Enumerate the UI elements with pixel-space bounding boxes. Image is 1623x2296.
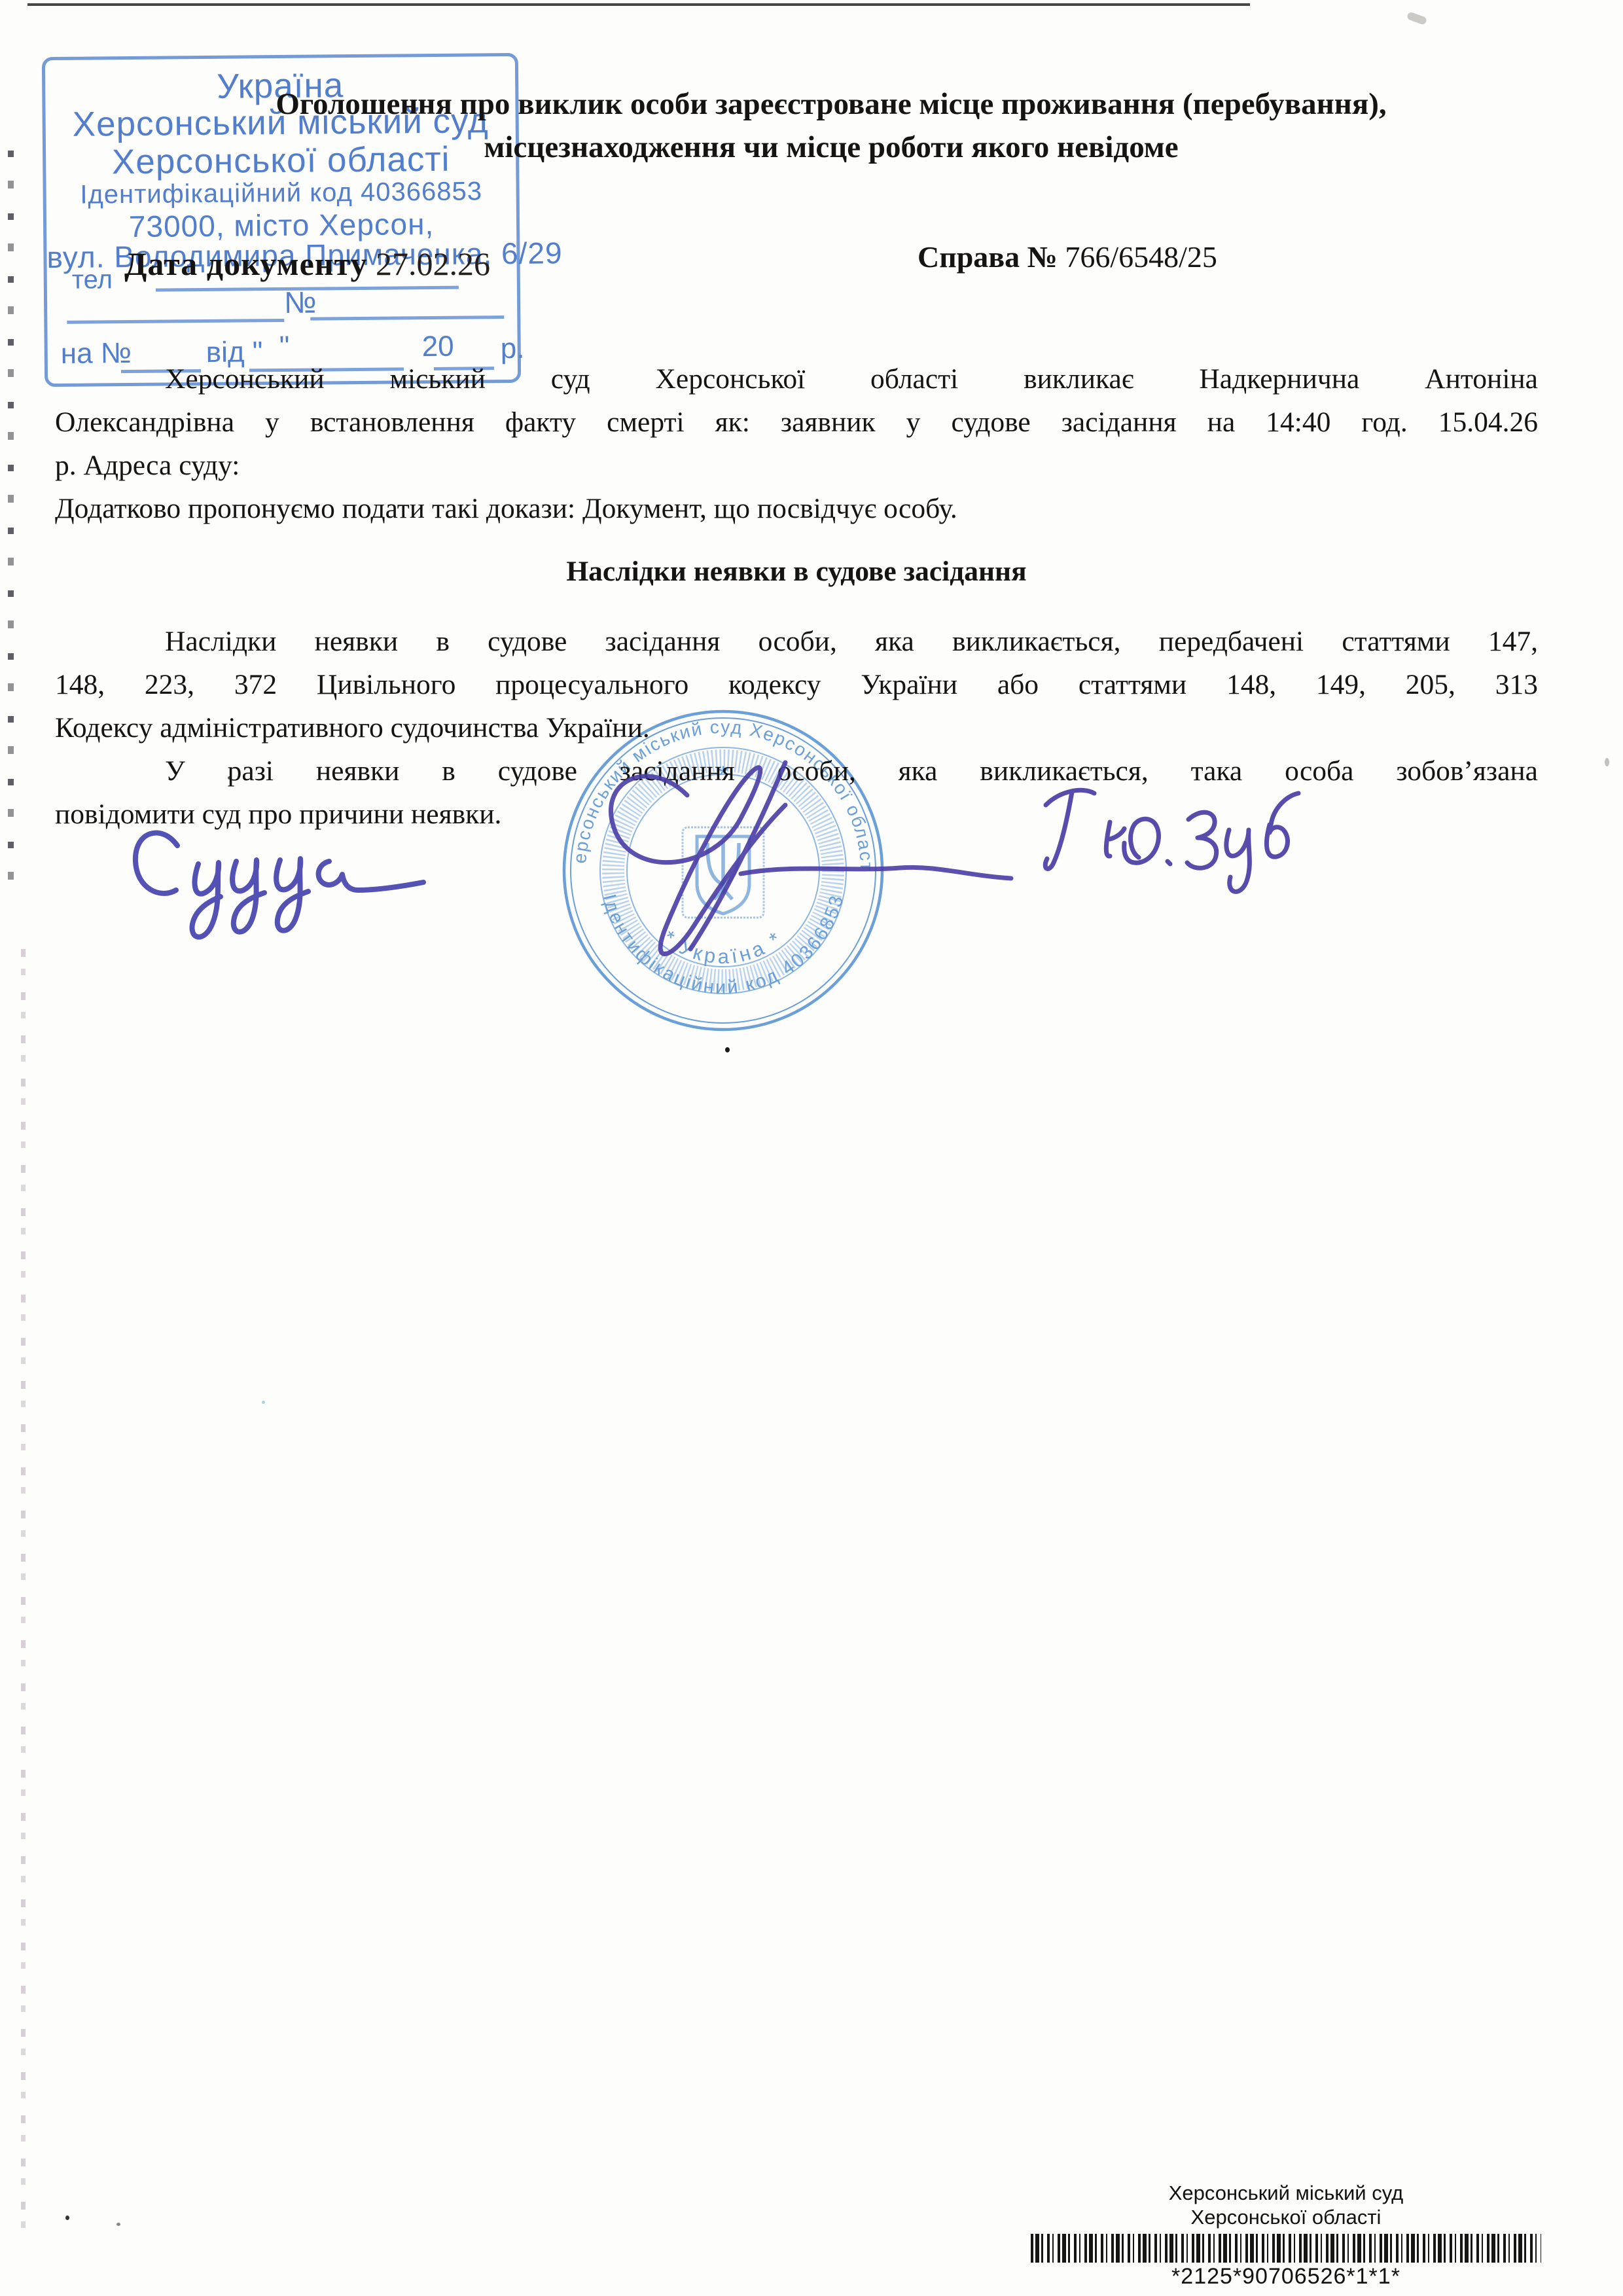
- footer-court-line1: Херсонський міський суд: [1021, 2181, 1551, 2205]
- scanner-edge-line: [27, 3, 1250, 6]
- stamp-id-code: Ідентифікаційний код 40366853: [46, 177, 516, 210]
- barcode: [1031, 2234, 1541, 2263]
- document-title-line1: Оголошення про виклик особи зареєстрован…: [276, 87, 1386, 121]
- case-label: Справа №: [918, 240, 1058, 274]
- scanner-left-marks: [8, 151, 14, 897]
- stamp-underline-right: [310, 315, 504, 321]
- document-title: Оголошення про виклик особи зареєстрован…: [111, 82, 1551, 169]
- stamp-number-label: №: [284, 285, 317, 320]
- para2-line1: Наслідки неявки в судове засідання особи…: [55, 620, 1538, 663]
- document-date-line: Дата документу 27.02.26: [124, 245, 490, 283]
- para1-line1: Херсонський міський суд Херсонської обла…: [55, 357, 1538, 401]
- barcode-text: *2125*90706526*1*1*: [1021, 2264, 1551, 2289]
- para1-line4: Додатково пропонуємо подати такі докази:…: [55, 487, 1538, 530]
- scanned-court-document: Україна Херсонський міський суд Херсонсь…: [0, 0, 1623, 2296]
- section-heading: Наслідки неявки в судове засідання: [55, 550, 1538, 593]
- footer-court-line2: Херсонської області: [1021, 2205, 1551, 2229]
- judge-name-handwriting: Т.Ю. Зуб: [1026, 764, 1301, 905]
- judge-title-handwriting: Суддя: [121, 818, 435, 975]
- date-label: Дата документу: [124, 245, 367, 282]
- case-number-line: Справа № 766/6548/25: [918, 240, 1217, 274]
- para1-line3: р. Адреса суду:: [55, 444, 1538, 487]
- ink-speck: [262, 1401, 265, 1404]
- document-title-line2: місцезнаходження чи місце роботи якого н…: [111, 126, 1551, 169]
- case-number: 766/6548/25: [1065, 240, 1217, 274]
- scan-smudge: [1406, 11, 1427, 26]
- ink-speck: [65, 2215, 69, 2220]
- footer: Херсонський міський суд Херсонської обла…: [1021, 2181, 1551, 2289]
- ink-speck: [1605, 758, 1609, 766]
- para1-line2: Олександрівна у встановлення факту смерт…: [55, 401, 1538, 444]
- scanner-left-streak: [21, 949, 26, 2245]
- date-value: 27.02.26: [376, 245, 490, 282]
- stamp-tel-label: тел: [72, 265, 113, 295]
- judge-signature-handwriting: [569, 733, 1021, 982]
- ink-speck: [116, 2223, 120, 2226]
- ink-speck: [725, 1047, 730, 1052]
- stamp-underline-left: [67, 319, 284, 324]
